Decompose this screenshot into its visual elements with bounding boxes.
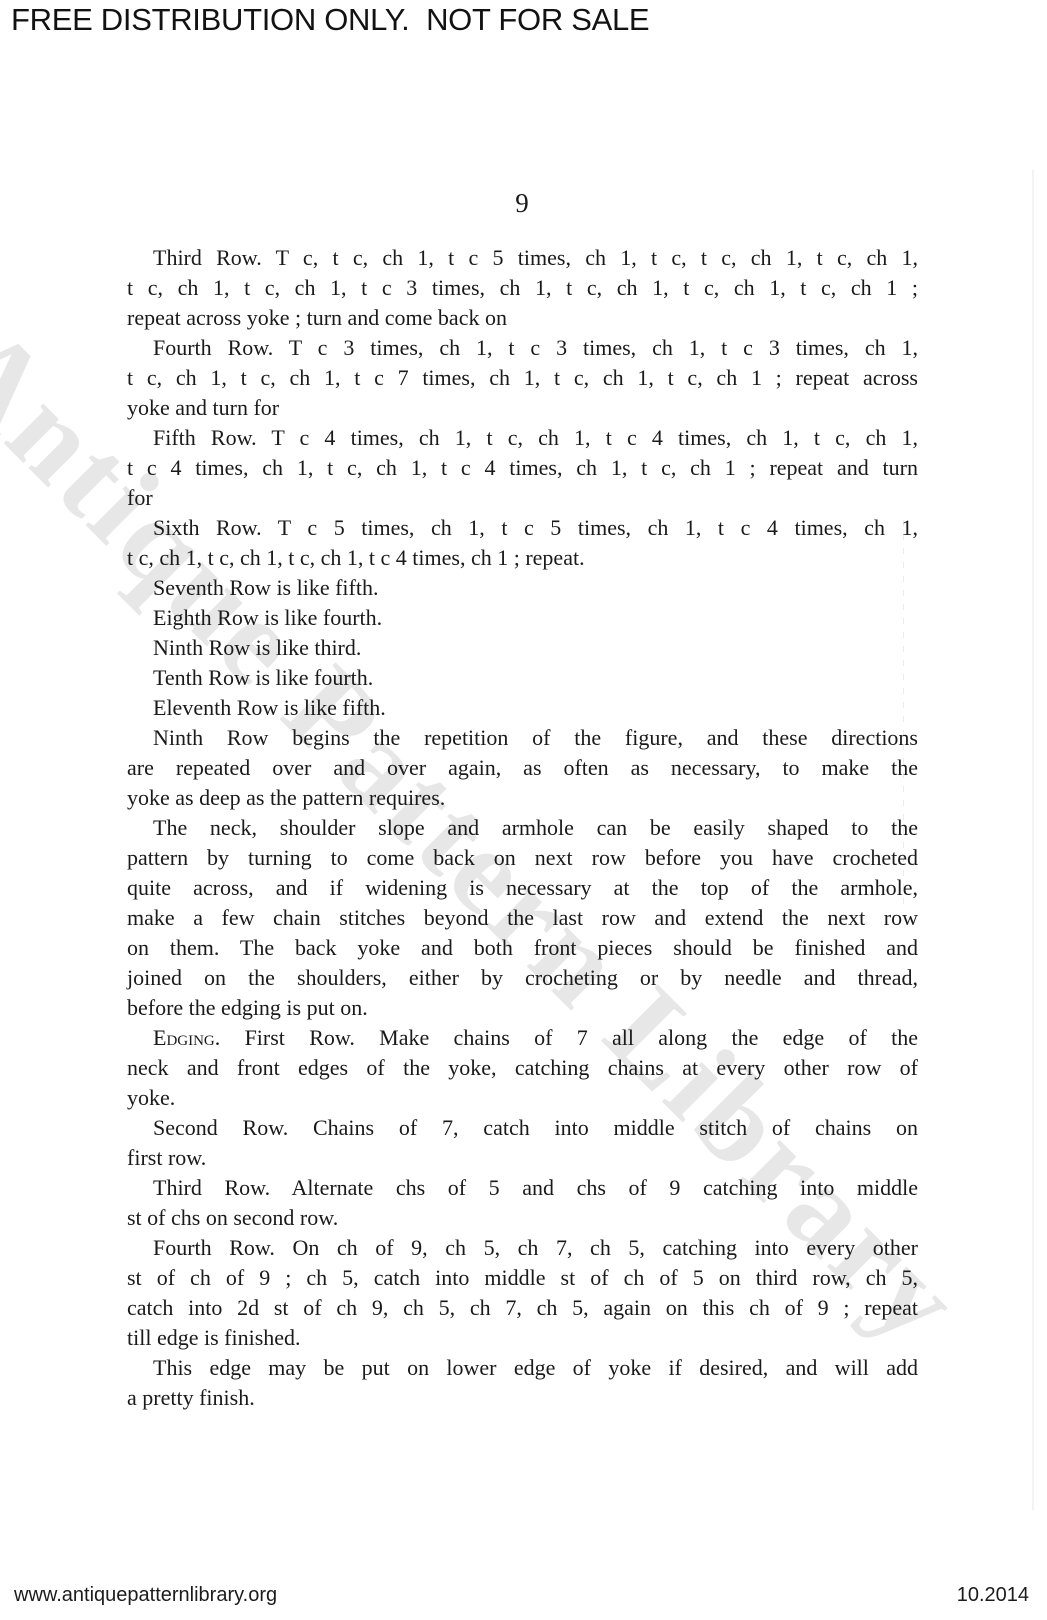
text-line: t c 4 times, ch 1, t c, ch 1, t c 4 time… [127,453,918,483]
text-line: yoke. [127,1083,918,1113]
scanned-document-page: { "colors": { "ink": "#1a1a1a", "paper":… [0,0,1047,1620]
distribution-notice: FREE DISTRIBUTION ONLY. NOT FOR SALE [11,2,649,38]
text-line: st of chs on second row. [127,1203,918,1233]
text-line: on them. The back yoke and both front pi… [127,933,918,963]
text-line: a pretty finish. [127,1383,918,1413]
text-line: Edging. First Row. Make chains of 7 all … [127,1023,918,1053]
text-line: t c, ch 1, t c, ch 1, t c 3 times, ch 1,… [127,273,918,303]
text-line: Third Row. T c, t c, ch 1, t c 5 times, … [127,243,918,273]
text-line: are repeated over and over again, as oft… [127,753,918,783]
text-line: Ninth Row begins the repetition of the f… [127,723,918,753]
text-line: repeat across yoke ; turn and come back … [127,303,918,333]
text-line: This edge may be put on lower edge of yo… [127,1353,918,1383]
footer-url: www.antiquepatternlibrary.org [14,1584,277,1607]
text-line: pattern by turning to come back on next … [127,843,918,873]
text-line: yoke as deep as the pattern requires. [127,783,918,813]
body-text: Third Row. T c, t c, ch 1, t c 5 times, … [127,243,918,1413]
text-line: Eleventh Row is like fifth. [127,693,918,723]
text-line: neck and front edges of the yoke, catchi… [127,1053,918,1083]
text-line: Tenth Row is like fourth. [127,663,918,693]
small-caps-lead: Edging. [153,1025,220,1050]
text-line: Fourth Row. On ch of 9, ch 5, ch 7, ch 5… [127,1233,918,1263]
text-line: catch into 2d st of ch 9, ch 5, ch 7, ch… [127,1293,918,1323]
text-line: Fourth Row. T c 3 times, ch 1, t c 3 tim… [127,333,918,363]
text-line: Seventh Row is like fifth. [127,573,918,603]
text-line: make a few chain stitches beyond the las… [127,903,918,933]
text-line: joined on the shoulders, either by croch… [127,963,918,993]
text-line: Third Row. Alternate chs of 5 and chs of… [127,1173,918,1203]
text-line: st of ch of 9 ; ch 5, catch into middle … [127,1263,918,1293]
text-line: The neck, shoulder slope and armhole can… [127,813,918,843]
text-line: yoke and turn for [127,393,918,423]
footer-date: 10.2014 [957,1584,1029,1607]
text-line: Ninth Row is like third. [127,633,918,663]
text-line: Fifth Row. T c 4 times, ch 1, t c, ch 1,… [127,423,918,453]
page-number: 9 [127,188,917,219]
text-line: Sixth Row. T c 5 times, ch 1, t c 5 time… [127,513,918,543]
text-line: Second Row. Chains of 7, catch into midd… [127,1113,918,1143]
text-line: t c, ch 1, t c, ch 1, t c, ch 1, t c 4 t… [127,543,918,573]
text-line: first row. [127,1143,918,1173]
text-line: t c, ch 1, t c, ch 1, t c 7 times, ch 1,… [127,363,918,393]
text-line: quite across, and if widening is necessa… [127,873,918,903]
text-line: till edge is finished. [127,1323,918,1353]
text-line: before the edging is put on. [127,993,918,1023]
text-line: Eighth Row is like fourth. [127,603,918,633]
text-line: for [127,483,918,513]
scan-artifact-edge [1032,170,1034,1510]
